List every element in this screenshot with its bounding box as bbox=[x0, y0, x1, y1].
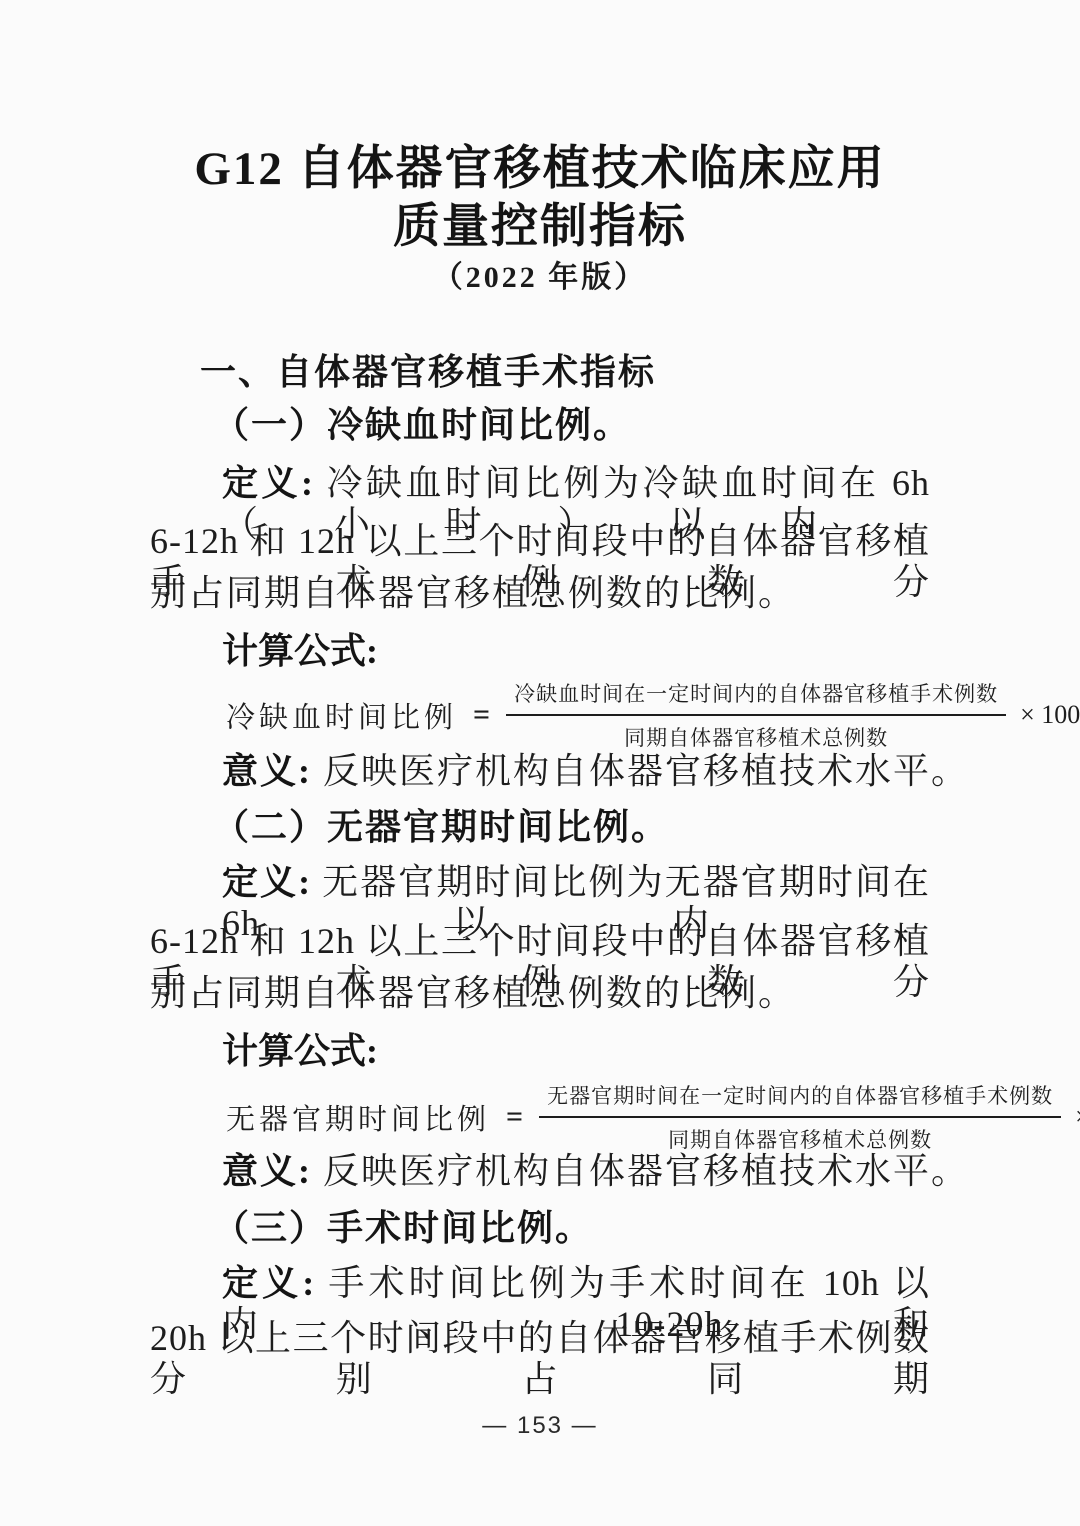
subsection-1-formula-label: 计算公式: bbox=[222, 631, 378, 672]
definition-label: 定义: bbox=[222, 1263, 315, 1303]
subsection-1-meaning: 意义: 反映医疗机构自体器官移植技术水平。 bbox=[222, 751, 969, 792]
subsection-3-heading: （三）手术时间比例。 bbox=[213, 1208, 593, 1249]
subsection-1-definition-line3: 别占同期自体器官移植总例数的比例。 bbox=[150, 573, 796, 614]
subsection-2-meaning: 意义: 反映医疗机构自体器官移植技术水平。 bbox=[222, 1151, 969, 1192]
document-edition: （2022 年版） bbox=[0, 252, 1080, 296]
formula-multiplier: × 100% bbox=[1075, 1102, 1080, 1132]
meaning-label: 意义: bbox=[222, 1151, 312, 1191]
formula-numerator: 冷缺血时间在一定时间内的自体器官移植手术例数 bbox=[506, 678, 1006, 716]
formula-fraction: 冷缺血时间在一定时间内的自体器官移植手术例数 同期自体器官移植术总例数 bbox=[506, 678, 1006, 752]
formula-denominator: 同期自体器官移植术总例数 bbox=[624, 716, 888, 752]
formula-multiplier: × 100% bbox=[1020, 700, 1080, 730]
page-number: — 153 — bbox=[0, 1412, 1080, 1440]
document-title-line2: 质量控制指标 bbox=[0, 189, 1080, 256]
document-title-line1: G12 自体器官移植技术临床应用 bbox=[0, 131, 1080, 198]
formula-equals: = bbox=[471, 698, 492, 732]
formula-fraction: 无器官期时间在一定时间内的自体器官移植手术例数 同期自体器官移植术总例数 bbox=[539, 1080, 1061, 1154]
subsection-1-formula: 冷缺血时间比例 = 冷缺血时间在一定时间内的自体器官移植手术例数 同期自体器官移… bbox=[226, 678, 1080, 752]
formula-denominator: 同期自体器官移植术总例数 bbox=[668, 1118, 932, 1154]
formula-numerator: 无器官期时间在一定时间内的自体器官移植手术例数 bbox=[539, 1080, 1061, 1118]
meaning-text: 反映医疗机构自体器官移植技术水平。 bbox=[323, 751, 969, 791]
formula-equals: = bbox=[504, 1100, 525, 1134]
subsection-2-formula-label: 计算公式: bbox=[222, 1031, 378, 1072]
definition-label: 定义: bbox=[222, 862, 311, 902]
subsection-2-heading: （二）无器官期时间比例。 bbox=[213, 807, 669, 848]
meaning-text: 反映医疗机构自体器官移植技术水平。 bbox=[323, 1151, 969, 1191]
document-page: G12 自体器官移植技术临床应用 质量控制指标 （2022 年版） 一、自体器官… bbox=[0, 0, 1080, 1526]
section-heading: 一、自体器官移植手术指标 bbox=[200, 351, 656, 392]
formula-lhs: 冷缺血时间比例 bbox=[226, 695, 457, 736]
subsection-2-definition-line3: 别占同期自体器官移植总例数的比例。 bbox=[150, 973, 796, 1014]
subsection-3-definition-line2: 20h 以上三个时间段中的自体器官移植手术例数分别占同期 bbox=[150, 1318, 930, 1401]
subsection-2-formula: 无器官期时间比例 = 无器官期时间在一定时间内的自体器官移植手术例数 同期自体器… bbox=[226, 1080, 1080, 1154]
meaning-label: 意义: bbox=[222, 751, 312, 791]
subsection-1-heading: （一）冷缺血时间比例。 bbox=[213, 405, 631, 446]
definition-label: 定义: bbox=[222, 463, 314, 503]
formula-lhs: 无器官期时间比例 bbox=[226, 1097, 490, 1138]
